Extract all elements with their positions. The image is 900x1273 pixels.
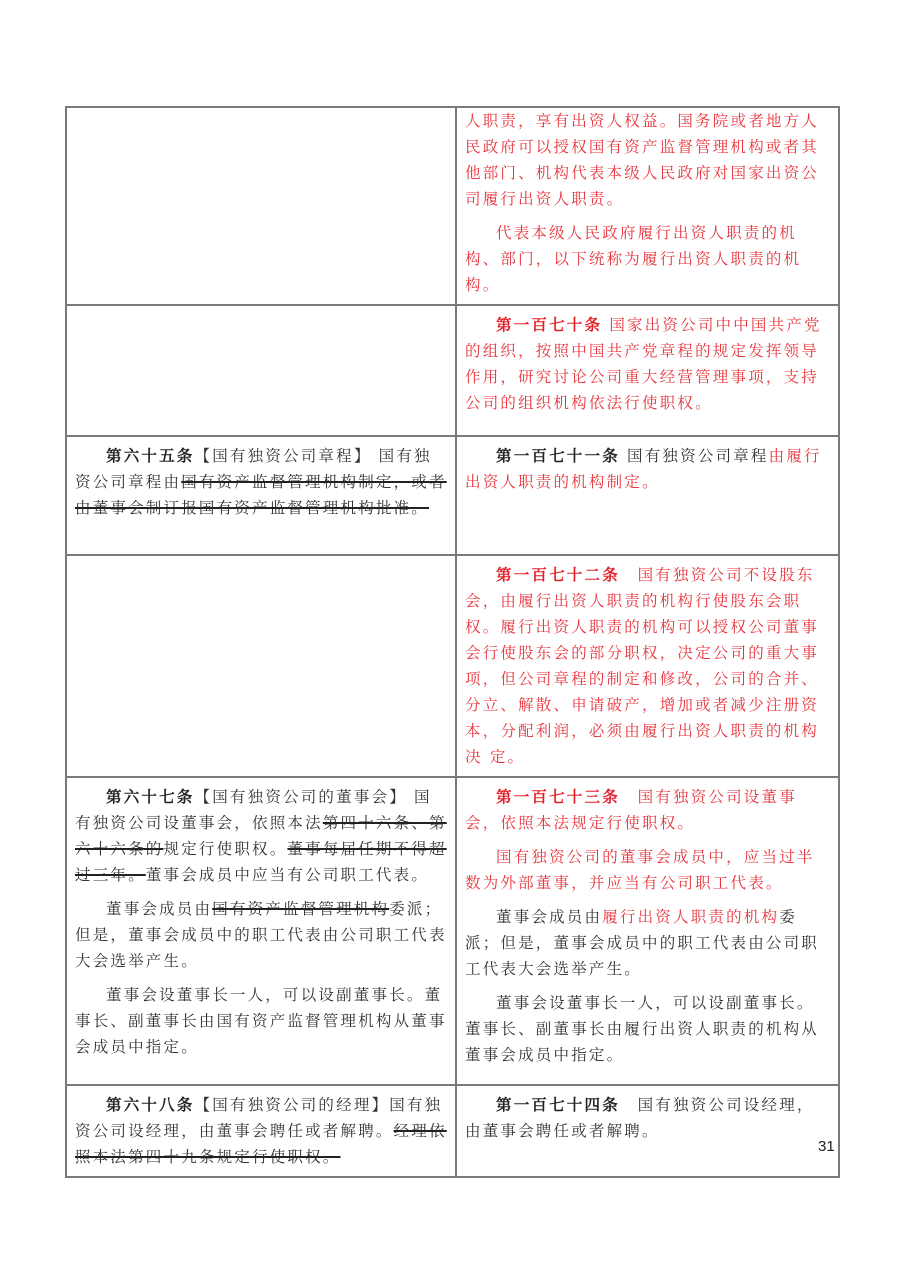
table-row: 第六十七条【国有独资公司的董事会】 国有独资公司设董事会，依照本法第四十六条、第… (66, 777, 839, 1085)
article-number: 第六十五条 (106, 446, 195, 465)
article-number: 第六十八条 (106, 1095, 195, 1114)
law-comparison-table: 人职责，享有出资人权益。国务院或者地方人民政府可以授权国有资产监督管理机构或者其… (65, 106, 840, 1178)
article-paragraph: 董事会设董事长一人，可以设副董事长。董事长、副董事长由国有资产监督管理机构从董事… (75, 982, 447, 1060)
old-law-cell (66, 555, 456, 777)
article-text: 规定行使职权。 (164, 840, 288, 858)
article-paragraph: 第一百七十三条 国有独资公司设董事会，依照本法规定行使职权。 (465, 784, 830, 836)
table-row: 人职责，享有出资人权益。国务院或者地方人民政府可以授权国有资产监督管理机构或者其… (66, 107, 839, 305)
article-paragraph: 国有独资公司的董事会成员中，应当过半数为外部董事，并应当有公司职工代表。 (465, 844, 830, 896)
article-text: 董事会成员中应当有公司职工代表。 (146, 866, 429, 884)
article-number: 第一百七十一条 (496, 446, 620, 465)
article-paragraph: 董事会成员由履行出资人职责的机构委派；但是，董事会成员中的职工代表由公司职工代表… (465, 904, 830, 982)
article-number: 第一百七十二条 (496, 565, 620, 584)
article-number: 第一百七十条 (496, 315, 602, 334)
article-text: 国有独资公司章程 (620, 447, 769, 465)
new-law-cell: 第一百七十一条 国有独资公司章程由履行出资人职责的机构制定。 (456, 436, 839, 555)
new-law-cell: 第一百七十三条 国有独资公司设董事会，依照本法规定行使职权。国有独资公司的董事会… (456, 777, 839, 1085)
page-number: 31 (818, 1138, 835, 1155)
amended-text: 代表本级人民政府履行出资人职责的机构、部门，以下统称为履行出资人职责的机构。 (465, 224, 801, 294)
article-paragraph: 董事会成员由国有资产监督管理机构委派；但是，董事会成员中的职工代表由公司职工代表… (75, 896, 447, 974)
table-row: 第一百七十条 国家出资公司中中国共产党的组织，按照中国共产党章程的规定发挥领导作… (66, 305, 839, 436)
amended-text: 履行出资人职责的机构 (602, 908, 779, 926)
article-number: 第一百七十四条 (496, 1095, 620, 1114)
amended-text: 国有独资公司不设股东会，由履行出资人职责的机构行使股东会职权。履行出资人职责的机… (465, 566, 819, 766)
table-body: 人职责，享有出资人权益。国务院或者地方人民政府可以授权国有资产监督管理机构或者其… (66, 107, 839, 1177)
table-row: 第六十五条【国有独资公司章程】 国有独资公司章程由国有资产监督管理机构制定，或者… (66, 436, 839, 555)
article-paragraph: 第一百七十一条 国有独资公司章程由履行出资人职责的机构制定。 (465, 443, 830, 495)
article-paragraph: 第六十五条【国有独资公司章程】 国有独资公司章程由国有资产监督管理机构制定，或者… (75, 443, 447, 521)
old-law-cell (66, 305, 456, 436)
article-text: 董事会设董事长一人，可以设副董事长。董事长、副董事长由国有资产监督管理机构从董事… (75, 986, 447, 1056)
article-paragraph: 董事会设董事长一人，可以设副董事长。董事长、副董事长由履行出资人职责的机构从董事… (465, 990, 830, 1068)
article-text: 董事会设董事长一人，可以设副董事长。董事长、副董事长由履行出资人职责的机构从董事… (465, 994, 819, 1064)
article-number: 第一百七十三条 (496, 787, 620, 806)
article-number: 第六十七条 (106, 787, 195, 806)
old-law-cell: 第六十七条【国有独资公司的董事会】 国有独资公司设董事会，依照本法第四十六条、第… (66, 777, 456, 1085)
old-law-cell: 第六十八条【国有独资公司的经理】国有独资公司设经理，由董事会聘任或者解聘。经理依… (66, 1085, 456, 1177)
new-law-cell: 第一百七十二条 国有独资公司不设股东会，由履行出资人职责的机构行使股东会职权。履… (456, 555, 839, 777)
article-paragraph: 人职责，享有出资人权益。国务院或者地方人民政府可以授权国有资产监督管理机构或者其… (465, 108, 830, 212)
old-law-cell: 第六十五条【国有独资公司章程】 国有独资公司章程由国有资产监督管理机构制定，或者… (66, 436, 456, 555)
table-row: 第六十八条【国有独资公司的经理】国有独资公司设经理，由董事会聘任或者解聘。经理依… (66, 1085, 839, 1177)
article-paragraph: 第一百七十四条 国有独资公司设经理，由董事会聘任或者解聘。 (465, 1092, 830, 1144)
article-paragraph: 代表本级人民政府履行出资人职责的机构、部门，以下统称为履行出资人职责的机构。 (465, 220, 830, 298)
new-law-cell: 第一百七十条 国家出资公司中中国共产党的组织，按照中国共产党章程的规定发挥领导作… (456, 305, 839, 436)
new-law-cell: 第一百七十四条 国有独资公司设经理，由董事会聘任或者解聘。 (456, 1085, 839, 1177)
article-paragraph: 第一百七十条 国家出资公司中中国共产党的组织，按照中国共产党章程的规定发挥领导作… (465, 312, 830, 416)
article-text: 董事会成员由 (496, 908, 602, 926)
article-paragraph: 第六十七条【国有独资公司的董事会】 国有独资公司设董事会，依照本法第四十六条、第… (75, 784, 447, 888)
table-row: 第一百七十二条 国有独资公司不设股东会，由履行出资人职责的机构行使股东会职权。履… (66, 555, 839, 777)
amended-text: 国有独资公司的董事会成员中，应当过半数为外部董事，并应当有公司职工代表。 (465, 848, 815, 892)
deleted-text: 国有资产监督管理机构 (212, 900, 389, 918)
old-law-cell (66, 107, 456, 305)
article-text: 董事会成员由 (106, 900, 212, 918)
amended-text: 人职责，享有出资人权益。国务院或者地方人民政府可以授权国有资产监督管理机构或者其… (465, 112, 819, 208)
article-paragraph: 第六十八条【国有独资公司的经理】国有独资公司设经理，由董事会聘任或者解聘。经理依… (75, 1092, 447, 1170)
article-paragraph: 第一百七十二条 国有独资公司不设股东会，由履行出资人职责的机构行使股东会职权。履… (465, 562, 830, 770)
new-law-cell: 人职责，享有出资人权益。国务院或者地方人民政府可以授权国有资产监督管理机构或者其… (456, 107, 839, 305)
